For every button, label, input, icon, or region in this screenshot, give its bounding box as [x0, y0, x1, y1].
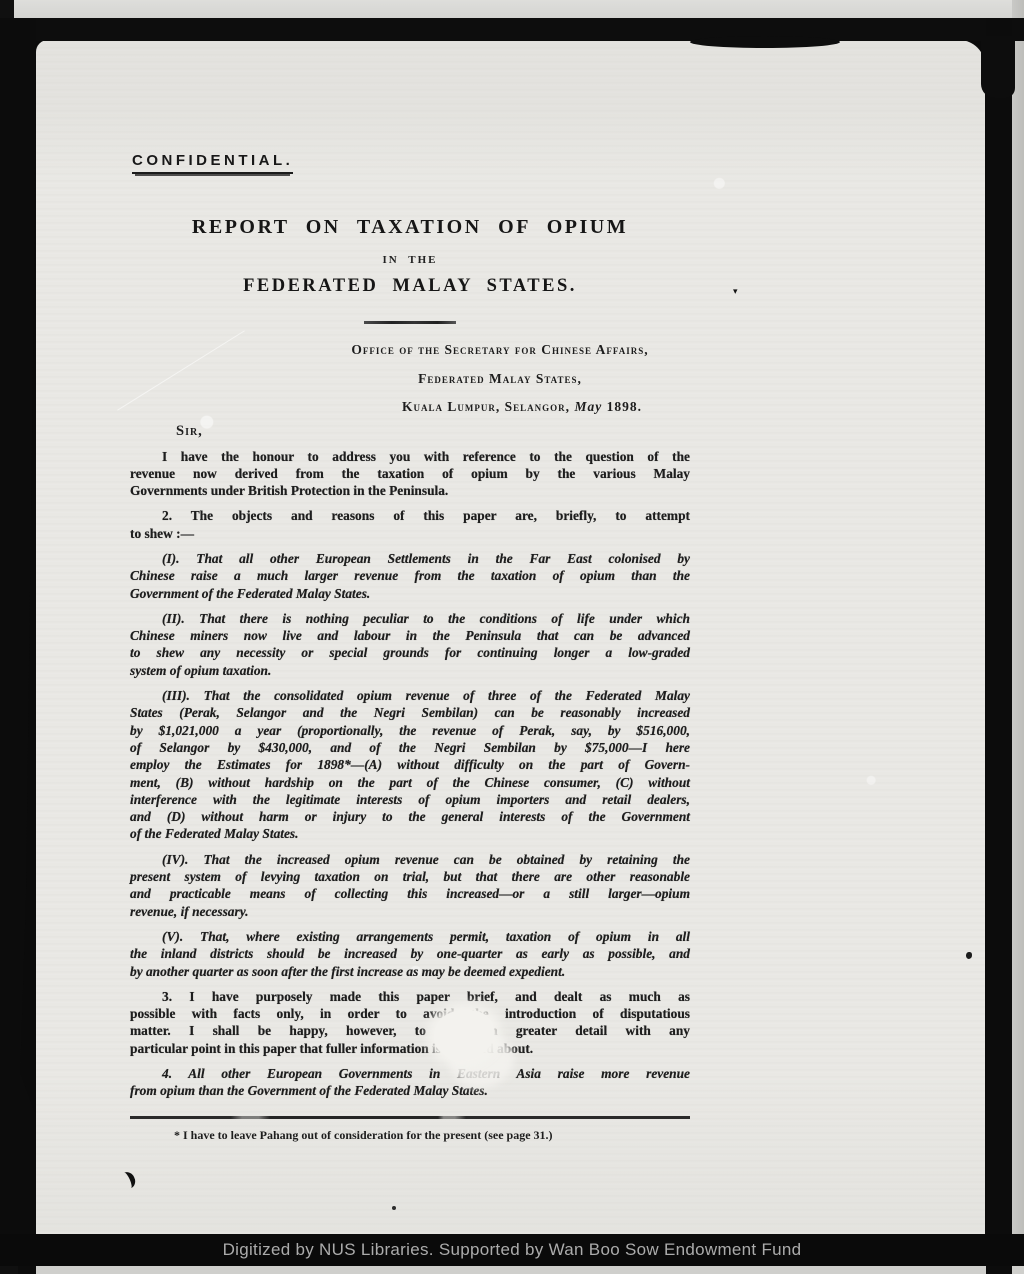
- digitization-footer-band: Digitized by NUS Libraries. Supported by…: [0, 1234, 1024, 1266]
- paragraph-line: interference with the legitimate interes…: [130, 791, 690, 808]
- paragraph-line: (V). That, where existing arrangements p…: [130, 928, 690, 945]
- paragraph-line: (I). That all other European Settlements…: [130, 550, 690, 567]
- ink-dot-artifact: [966, 952, 972, 959]
- paragraph: I have the honour to address you with re…: [130, 448, 690, 500]
- paragraph-line: the inland districts should be increased…: [130, 945, 690, 962]
- scan-frame-left-bar: [0, 18, 36, 1274]
- paragraph-line: (III). That the consolidated opium reven…: [130, 687, 690, 704]
- pen-mark-artifact: [117, 1170, 138, 1192]
- paragraph-line: Chinese raise a much larger revenue from…: [130, 567, 690, 584]
- scan-frame-top-band: [0, 18, 1024, 41]
- classification-label: CONFIDENTIAL.: [132, 152, 293, 174]
- paragraph-line: of Selangor by $430,000, and of the Negr…: [130, 739, 690, 756]
- paragraph-line: Governments under British Protection in …: [130, 482, 690, 499]
- scan-edge-artifact-bottom: [0, 1266, 18, 1274]
- document-content: CONFIDENTIAL. REPORT ON TAXATION OF OPIU…: [130, 40, 690, 1100]
- paragraph: (III). That the consolidated opium reven…: [130, 687, 690, 843]
- paragraph-line: employ the Estimates for 1898*—(A) witho…: [130, 756, 690, 773]
- office-place: Kuala Lumpur, Selangor,: [402, 399, 574, 414]
- report-title-line3: FEDERATED MALAY STATES.: [130, 276, 690, 297]
- office-line-3: Kuala Lumpur, Selangor, May 1898.: [282, 393, 762, 422]
- paragraph-line: to shew any necessity or special grounds…: [130, 644, 690, 661]
- scanned-document-page: CONFIDENTIAL. REPORT ON TAXATION OF OPIU…: [0, 0, 1024, 1274]
- paragraph-line: from opium than the Government of the Fe…: [130, 1082, 690, 1099]
- ink-mark-artifact: ▾: [733, 286, 738, 297]
- paragraph-line: of the Federated Malay States.: [130, 825, 690, 842]
- paragraph-line: (IV). That the increased opium revenue c…: [130, 851, 690, 868]
- office-address-block: Office of the Secretary for Chinese Affa…: [260, 336, 740, 422]
- paragraph: (II). That there is nothing peculiar to …: [130, 610, 690, 679]
- scanner-bed-right-strip: [1012, 0, 1024, 1274]
- paragraph-line: matter. I shall be happy, however, to de…: [130, 1022, 690, 1039]
- paragraph-line: States (Perak, Selangor and the Negri Se…: [130, 704, 690, 721]
- office-year: 1898.: [602, 399, 642, 414]
- footnote-block: * I have to leave Pahang out of consider…: [130, 1116, 690, 1143]
- footnote-rule: [130, 1116, 690, 1119]
- report-title-line2: IN THE: [130, 254, 690, 266]
- paragraph: (I). That all other European Settlements…: [130, 550, 690, 602]
- paragraph-line: revenue now derived from the taxation of…: [130, 465, 690, 482]
- document-paper: CONFIDENTIAL. REPORT ON TAXATION OF OPIU…: [36, 40, 985, 1234]
- paragraph: 2. The objects and reasons of this paper…: [130, 507, 690, 542]
- paragraph-line: possible with facts only, in order to av…: [130, 1005, 690, 1022]
- paragraph: (IV). That the increased opium revenue c…: [130, 851, 690, 920]
- paragraph-line: by $1,021,000 a year (proportionally, th…: [130, 722, 690, 739]
- paragraph: 3. I have purposely made this paper brie…: [130, 988, 690, 1057]
- scan-frame-right-bar: [986, 18, 1012, 1274]
- paragraph-line: Chinese miners now live and labour in th…: [130, 627, 690, 644]
- scanner-bed-bottom-strip: [0, 1266, 1024, 1274]
- paragraph: (V). That, where existing arrangements p…: [130, 928, 690, 980]
- paragraph-line: Government of the Federated Malay States…: [130, 585, 690, 602]
- scan-frame-right-bar-bump: [981, 36, 1015, 98]
- paragraph-line: particular point in this paper that full…: [130, 1040, 690, 1057]
- scan-frame-top-band-bump: [690, 36, 840, 48]
- paragraph-line: system of opium taxation.: [130, 662, 690, 679]
- office-line-2: Federated Malay States,: [260, 365, 740, 394]
- paragraph-line: (II). That there is nothing peculiar to …: [130, 610, 690, 627]
- paragraph-line: I have the honour to address you with re…: [130, 448, 690, 465]
- digitization-credit-text: Digitized by NUS Libraries. Supported by…: [223, 1240, 802, 1260]
- office-month: May: [574, 399, 602, 414]
- paragraph-line: to shew :—: [130, 525, 690, 542]
- paragraph-line: revenue, if necessary.: [130, 903, 690, 920]
- paragraph-line: by another quarter as soon after the fir…: [130, 963, 690, 980]
- ink-speck-artifact: [392, 1206, 396, 1210]
- footnote-text: * I have to leave Pahang out of consider…: [174, 1128, 690, 1143]
- paragraph-line: ment, (B) without hardship on the part o…: [130, 774, 690, 791]
- paragraph-line: 4. All other European Governments in Eas…: [130, 1065, 690, 1082]
- paragraph-line: 2. The objects and reasons of this paper…: [130, 507, 690, 524]
- paragraph-line: and practicable means of collecting this…: [130, 885, 690, 902]
- salutation: Sir,: [176, 423, 690, 440]
- paragraph-line: and (D) without harm or injury to the ge…: [130, 808, 690, 825]
- body-paragraphs: I have the honour to address you with re…: [130, 448, 690, 1100]
- title-divider-rule: [364, 321, 456, 324]
- paragraph-line: 3. I have purposely made this paper brie…: [130, 988, 690, 1005]
- paragraph: 4. All other European Governments in Eas…: [130, 1065, 690, 1100]
- office-line-1: Office of the Secretary for Chinese Affa…: [260, 336, 740, 365]
- report-title-line1: REPORT ON TAXATION OF OPIUM: [130, 216, 690, 239]
- paragraph-line: present system of levying taxation on tr…: [130, 868, 690, 885]
